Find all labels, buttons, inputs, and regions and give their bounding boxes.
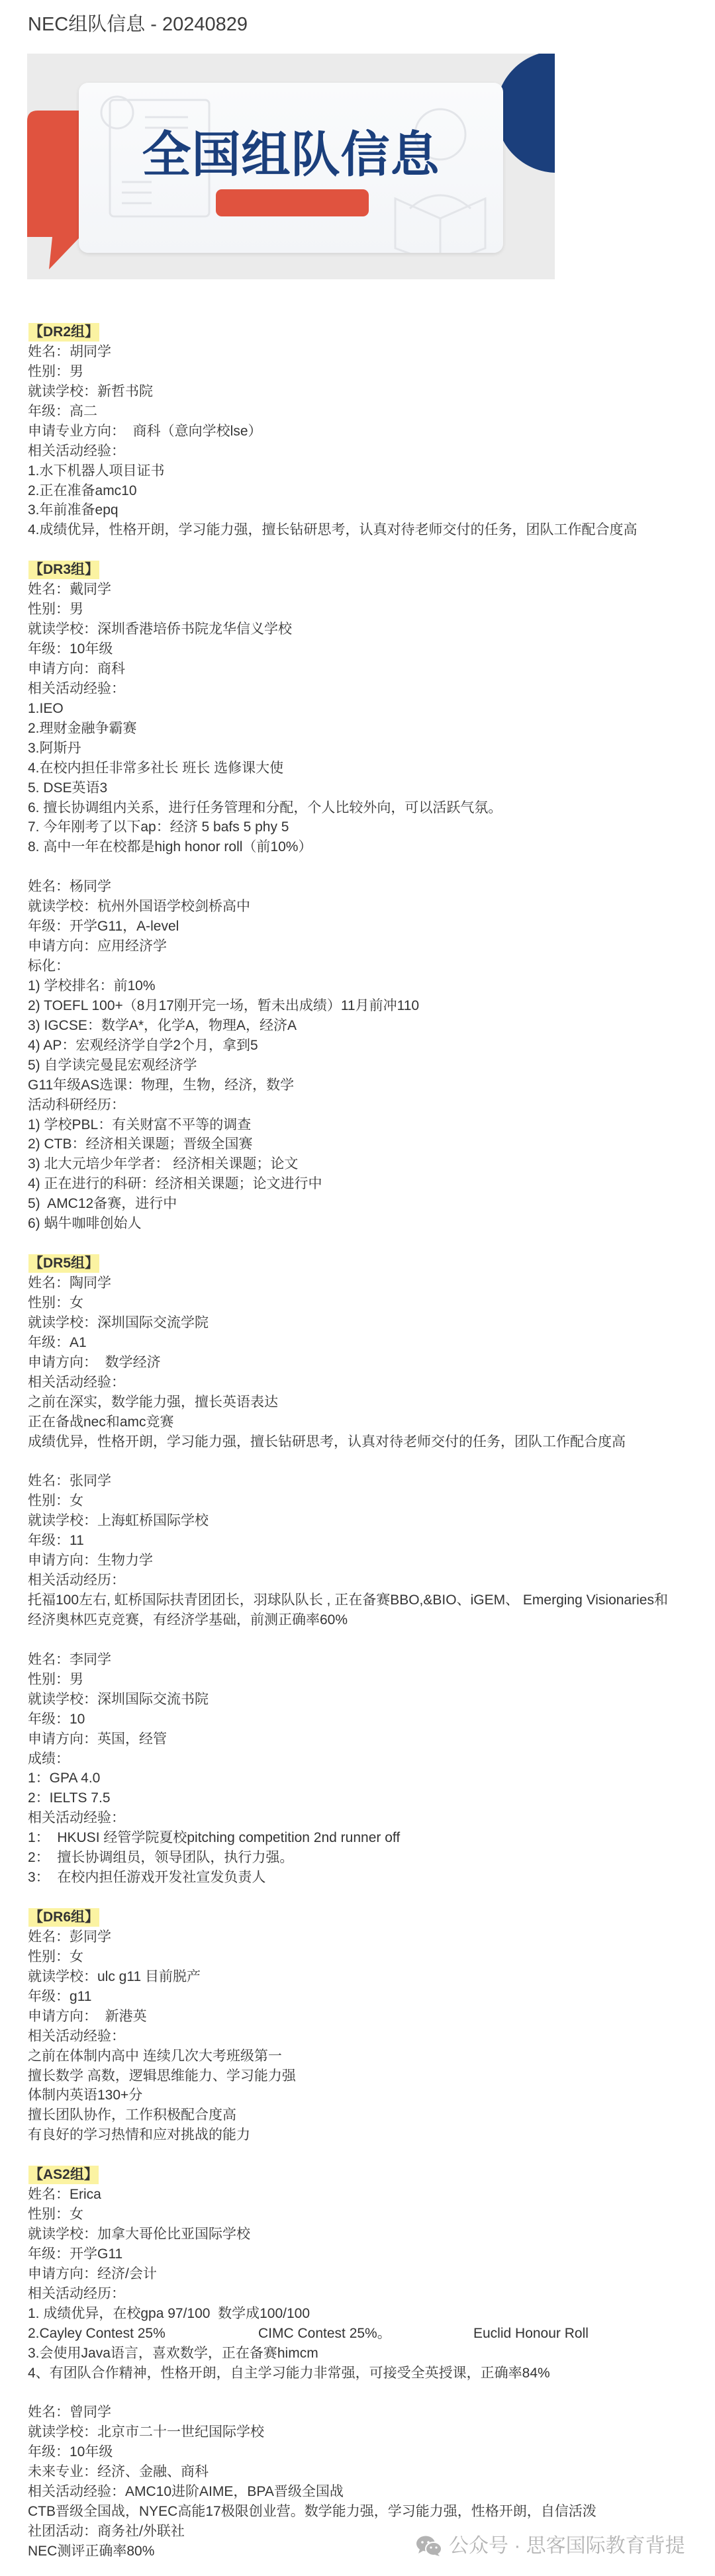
student-gender: 性别：女	[28, 2205, 710, 2225]
watermark-text: 公众号 · 思客国际教育背提	[449, 2534, 685, 2558]
activity-item: 3.阿斯丹	[28, 739, 710, 759]
student-school: 就读学校：杭州外国语学校剑桥高中	[28, 897, 710, 917]
activity-item: 1) 学校PBL：有关财富不平等的调查	[28, 1115, 710, 1135]
student-grade: 年级：10年级	[28, 639, 710, 659]
group-dr3: 【DR3组】 姓名：戴同学 性别：男 就读学校：深圳香港培侨书院龙华信义学校 年…	[28, 560, 710, 1234]
activity-item: 3.年前准备epq	[28, 500, 710, 520]
page-title: NEC组队信息 - 20240829	[28, 12, 248, 37]
banner-red-bar	[216, 189, 369, 216]
score-item: 1：GPA 4.0	[28, 1769, 710, 1788]
contest-cimc: CIMC Contest 25%。	[258, 2324, 391, 2344]
student-gender: 性别：男	[28, 600, 710, 620]
activity-item: 正在备战nec和amc竞赛	[28, 1412, 710, 1432]
activity-item: 7. 今年刚考了以下ap：经济 5 bafs 5 phy 5	[28, 817, 710, 837]
blank-line	[28, 2383, 710, 2403]
student-name: 姓名：彭同学	[28, 1927, 710, 1947]
student-grade: 年级：g11	[28, 1987, 710, 2007]
activity-item: 之前在深实，数学能力强，擅长英语表达	[28, 1393, 710, 1412]
activity-item: 之前在体制内高中 连续几次大考班级第一	[28, 2047, 710, 2066]
student-grade: 年级：11	[28, 1531, 710, 1551]
group-label: 【AS2组】	[28, 2166, 99, 2184]
student-gender: 性别：女	[28, 1293, 710, 1313]
student-school: 就读学校：深圳国际交流书院	[28, 1690, 710, 1710]
student-card: 姓名：陶同学 性别：女 就读学校：深圳国际交流学院 年级：A1 申请方向： 数学…	[28, 1273, 710, 1451]
blank-line	[28, 1888, 710, 1908]
student-card: 姓名：李同学 性别：男 就读学校：深圳国际交流书院 年级：10 申请方向：英国，…	[28, 1650, 710, 1888]
contest-euclid: Euclid Honour Roll	[473, 2324, 589, 2344]
student-major: 申请方向：经济/会计	[28, 2264, 710, 2284]
activity-item: 1： HKUSI 经管学院夏校pitching competition 2nd …	[28, 1828, 710, 1848]
activities-heading: 相关活动经验：	[28, 441, 710, 461]
activity-item: 1.水下机器人项目证书	[28, 461, 710, 481]
student-card: 姓名：彭同学 性别：女 就读学校：ulc g11 目前脱产 年级：g11 申请方…	[28, 1927, 710, 2145]
student-name: 姓名：戴同学	[28, 580, 710, 600]
activity-item: 擅长数学 高数，逻辑思维能力、学习能力强	[28, 2066, 710, 2086]
group-label: 【DR5组】	[28, 1254, 99, 1273]
activity-item: 6. 擅长协调组内关系，进行任务管理和分配，个人比较外向，可以活跃气氛。	[28, 798, 710, 818]
activity-item: 4.在校内担任非常多社长 班长 选修课大使	[28, 759, 710, 778]
student-school: 就读学校：ulc g11 目前脱产	[28, 1967, 710, 1987]
student-school: 就读学校：上海虹桥国际学校	[28, 1511, 710, 1531]
activity-item: 4) 正在进行的科研：经济相关课题；论文进行中	[28, 1174, 710, 1194]
student-major: 申请方向：英国，经管	[28, 1729, 710, 1749]
activity-item: 3.会使用Java语言，喜欢数学，正在备赛himcm	[28, 2344, 710, 2364]
student-major: 申请方向：生物力学	[28, 1551, 710, 1571]
group-label: 【DR6组】	[28, 1908, 99, 1927]
activities-heading: 相关活动经验：	[28, 1373, 710, 1393]
group-label: 【DR2组】	[28, 323, 99, 342]
student-major: 申请方向：商科	[28, 659, 710, 679]
activity-item: 4、有团队合作精神，性格开朗，自主学习能力非常强，可接受全英授课，正确率84%	[28, 2364, 710, 2383]
student-grade: 年级：开学G11，A-level	[28, 917, 710, 937]
activities-heading: 相关活动经历：	[28, 2284, 710, 2304]
scores-heading: 成绩：	[28, 1749, 710, 1769]
group-label-line: 【DR5组】	[28, 1254, 710, 1273]
student-school: 就读学校：深圳香港培侨书院龙华信义学校	[28, 620, 710, 639]
score-item: 4) AP：宏观经济学自学2个月，拿到5	[28, 1036, 710, 1056]
student-name: 姓名：陶同学	[28, 1273, 710, 1293]
activity-item: 3) 北大元培少年学者： 经济相关课题；论文	[28, 1154, 710, 1174]
activity-item: 1.IEO	[28, 699, 710, 719]
student-major: 申请方向：应用经济学	[28, 937, 710, 956]
student-grade: 年级：A1	[28, 1333, 710, 1353]
student-card: 姓名：张同学 性别：女 就读学校：上海虹桥国际学校 年级：11 申请方向：生物力…	[28, 1471, 710, 1630]
activity-item: 5) AMC12备赛，进行中	[28, 1194, 710, 1214]
activity-item: 1. 成绩优异，在校gpa 97/100 数学成100/100	[28, 2304, 710, 2324]
blank-line	[28, 1451, 710, 1471]
activity-item: 托福100左右, 虹桥国际扶青团团长，羽球队队长 , 正在备赛BBO,&BIO、…	[28, 1590, 710, 1610]
student-major: 未来专业：经济、金融、商科	[28, 2462, 710, 2482]
blank-line	[28, 2145, 710, 2165]
activity-item: 体制内英语130+分	[28, 2086, 710, 2105]
student-grade: 年级：10	[28, 1710, 710, 1729]
activity-item: 6) 蜗牛咖啡创始人	[28, 1214, 710, 1234]
score-item: 2) TOEFL 100+（8月17刚开完一场，暂未出成绩）11月前冲110	[28, 996, 710, 1016]
activities-heading: 活动科研经历：	[28, 1095, 710, 1115]
group-label-line: 【DR6组】	[28, 1908, 710, 1927]
group-label-line: 【AS2组】	[28, 2165, 710, 2185]
activities-heading: 相关活动经验：	[28, 679, 710, 699]
student-card: 姓名：胡同学 性别：男 就读学校：新哲书院 年级：高二 申请专业方向： 商科（意…	[28, 342, 710, 540]
student-card: 姓名：杨同学 就读学校：杭州外国语学校剑桥高中 年级：开学G11，A-level…	[28, 877, 710, 1234]
score-item: 3) IGCSE：数学A*，化学A，物理A，经济A	[28, 1016, 710, 1036]
student-card: 姓名：戴同学 性别：男 就读学校：深圳香港培侨书院龙华信义学校 年级：10年级 …	[28, 580, 710, 857]
activities-line: 相关活动经验：AMC10进阶AIME，BPA晋级全国战	[28, 2482, 710, 2502]
course-selection: G11年级AS选课：物理，生物，经济，数学	[28, 1076, 710, 1095]
activity-item: 经济奥林匹克竞赛，有经济学基础，前测正确率60%	[28, 1610, 710, 1630]
activity-item: 4.成绩优异，性格开朗，学习能力强，擅长钻研思考，认真对待老师交付的任务，团队工…	[28, 520, 710, 540]
student-school: 就读学校：深圳国际交流学院	[28, 1313, 710, 1333]
group-dr6: 【DR6组】 姓名：彭同学 性别：女 就读学校：ulc g11 目前脱产 年级：…	[28, 1908, 710, 2145]
score-item: 2：IELTS 7.5	[28, 1788, 710, 1808]
student-major: 申请方向： 数学经济	[28, 1353, 710, 1373]
activity-item: 擅长团队协作，工作积极配合度高	[28, 2105, 710, 2125]
activity-item: 8. 高中一年在校都是high honor roll（前10%）	[28, 837, 710, 857]
student-name: 姓名：杨同学	[28, 877, 710, 897]
banner-image: 全国组队信息	[27, 54, 555, 279]
student-major: 申请专业方向： 商科（意向学校lse）	[28, 422, 710, 441]
group-label-line: 【DR2组】	[28, 322, 710, 342]
activity-item-contests: 2.Cayley Contest 25% CIMC Contest 25%。 E…	[28, 2324, 710, 2344]
navy-circle	[496, 54, 555, 173]
activity-item: 2) CTB：经济相关课题；晋级全国赛	[28, 1134, 710, 1154]
group-dr2: 【DR2组】 姓名：胡同学 性别：男 就读学校：新哲书院 年级：高二 申请专业方…	[28, 322, 710, 540]
student-name: 姓名：胡同学	[28, 342, 710, 362]
student-gender: 性别：男	[28, 362, 710, 382]
team-info-content: 【DR2组】 姓名：胡同学 性别：男 就读学校：新哲书院 年级：高二 申请专业方…	[28, 322, 710, 2561]
student-name: 姓名：曾同学	[28, 2403, 710, 2422]
activity-item: 3： 在校内担任游戏开发社宣发负责人	[28, 1868, 710, 1888]
blank-line	[28, 1630, 710, 1650]
activity-item: 2： 擅长协调组员，领导团队，执行力强。	[28, 1848, 710, 1868]
student-name: 姓名：Erica	[28, 2185, 710, 2205]
student-gender: 性别：女	[28, 1947, 710, 1967]
watermark: 公众号 · 思客国际教育背提	[416, 2534, 685, 2558]
student-name: 姓名：李同学	[28, 1650, 710, 1670]
student-gender: 性别：女	[28, 1491, 710, 1511]
student-school: 就读学校：北京市二十一世纪国际学校	[28, 2422, 710, 2442]
activity-item: 成绩优异，性格开朗，学习能力强，擅长钻研思考，认真对待老师交付的任务，团队工作配…	[28, 1432, 710, 1452]
group-as2: 【AS2组】 姓名：Erica 性别：女 就读学校：加拿大哥伦比亚国际学校 年级…	[28, 2165, 710, 2561]
group-label-line: 【DR3组】	[28, 560, 710, 580]
student-grade: 年级：10年级	[28, 2442, 710, 2462]
student-school: 就读学校：新哲书院	[28, 382, 710, 402]
activities-heading: 相关活动经历：	[28, 1571, 710, 1590]
blank-line	[28, 540, 710, 560]
banner-title: 全国组队信息	[79, 128, 503, 182]
student-gender: 性别：男	[28, 1670, 710, 1690]
student-grade: 年级：高二	[28, 402, 710, 422]
group-dr5: 【DR5组】 姓名：陶同学 性别：女 就读学校：深圳国际交流学院 年级：A1 申…	[28, 1254, 710, 1888]
activity-item: 2.正在准备amc10	[28, 481, 710, 501]
student-name: 姓名：张同学	[28, 1471, 710, 1491]
scores-heading: 标化：	[28, 956, 710, 976]
activity-item: 有良好的学习热情和应对挑战的能力	[28, 2125, 710, 2145]
blank-line	[28, 1234, 710, 1254]
student-card: 姓名：Erica 性别：女 就读学校：加拿大哥伦比亚国际学校 年级：开学G11 …	[28, 2185, 710, 2383]
group-label: 【DR3组】	[28, 561, 99, 579]
student-major: 申请方向： 新港英	[28, 2007, 710, 2027]
activities-heading: 相关活动经验：	[28, 2027, 710, 2047]
blank-line	[28, 857, 710, 877]
activity-item: 5. DSE英语3	[28, 778, 710, 798]
activities-heading: 相关活动经验：	[28, 1808, 710, 1828]
wechat-icon	[416, 2536, 442, 2557]
score-item: 1) 学校排名：前10%	[28, 976, 710, 996]
student-school: 就读学校：加拿大哥伦比亚国际学校	[28, 2225, 710, 2244]
contest-cayley: 2.Cayley Contest 25%	[28, 2324, 166, 2344]
activity-item: CTB晋级全国战，NYEC高能17极限创业营。数学能力强，学习能力强，性格开朗，…	[28, 2502, 710, 2522]
activity-item: 2.理财金融争霸赛	[28, 719, 710, 739]
student-grade: 年级：开学G11	[28, 2244, 710, 2264]
score-item: 5) 自学读完曼昆宏观经济学	[28, 1056, 710, 1076]
